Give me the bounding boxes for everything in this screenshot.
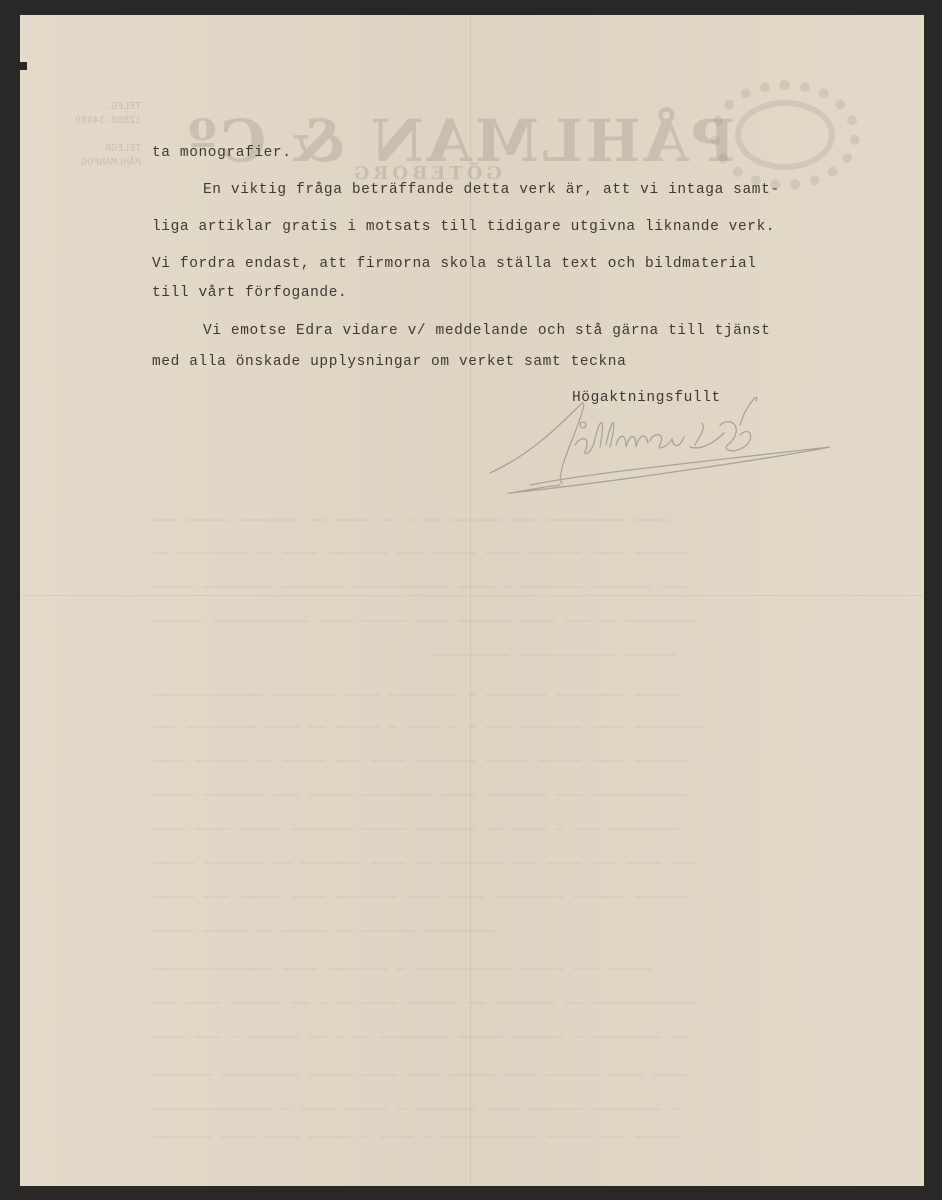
bleed-line: ────── ──── ───── ───── ─────── ──── ───… <box>150 754 687 769</box>
signature <box>470 385 850 505</box>
letter-line-7: med alla önskade upplysningar om verket … <box>152 354 626 370</box>
bleed-line: ── ──────── ─ ────── ───── ──────── ── ─… <box>150 1030 687 1045</box>
bleed-line: ──────── ──── ─────── ─── ─ ─ ──── ─ ───… <box>150 720 704 735</box>
emblem-inner-icon <box>735 100 835 170</box>
letter-line-6: Vi emotse Edra vidare v/ meddelande och … <box>203 323 770 339</box>
letter-line-1: ta monografier. <box>152 145 292 161</box>
bleed-line: ─ ──────── ────── ──── ─────── ─ ───── ─… <box>150 1102 678 1117</box>
bleed-line: ────── ──── ────── ──── ───── ─── ──────… <box>150 546 687 561</box>
bleed-line: ──────── ─── ─ ──── ── ─────── ───── ───… <box>150 822 678 837</box>
page-edge-notch <box>17 62 27 70</box>
letter-line-4: Vi fordra endast, att firmorna skola stä… <box>152 256 757 272</box>
bleed-line: ──────── ────── ── ───── ── ───── ───── <box>150 924 493 939</box>
letter-line-3: liga artiklar gratis i motsats till tidi… <box>152 219 775 235</box>
bleed-line: ──── ───────── ─── ────── ── ─ ── ──── ─… <box>150 513 669 528</box>
bleed-line: ───── ─── ───── ─────────── ─ ──── ─ ───… <box>150 1130 678 1145</box>
bleed-line: ─── ──── ─── ──── ─── ─────── ── ──── ──… <box>150 856 696 871</box>
letter-line-5: till vårt förfogande. <box>152 285 347 301</box>
bleed-line: ──── ──── ────── ──── ───── ──── ──── ──… <box>150 1068 687 1083</box>
letterhead-telephone: TELEG. 12808-14089 TELEGR. PÅHLMANPOG <box>75 100 141 170</box>
bleed-line: ─── ─────── ─────── ─ ──── ─────────── ─… <box>150 580 687 595</box>
letterhead-city: GÖTEBORG <box>350 163 502 184</box>
bleed-line: ────── ─────────── ───────── <box>430 648 676 663</box>
letter-line-2: En viktig fråga beträffande detta verk ä… <box>203 182 780 198</box>
fold-line-horizontal <box>20 595 924 596</box>
bleed-line: ──────── ── ─── ──── ────── ──── ───── ─… <box>150 614 696 629</box>
bleed-line: ────── ────── ──────── ──── ──── ───────… <box>150 890 687 905</box>
bleed-line: ───── ─── ───── ─────────── ─ ─────── ──… <box>150 962 652 977</box>
bleed-line: ─────────── ─── ─────── ──── ──────── ──… <box>150 788 687 803</box>
bleed-line: ──────────── ── ─────── ── ────── ──── ─… <box>150 996 696 1011</box>
bleed-line: ───── ──────── ─────── ─ ──────── ──── ─… <box>150 688 678 703</box>
